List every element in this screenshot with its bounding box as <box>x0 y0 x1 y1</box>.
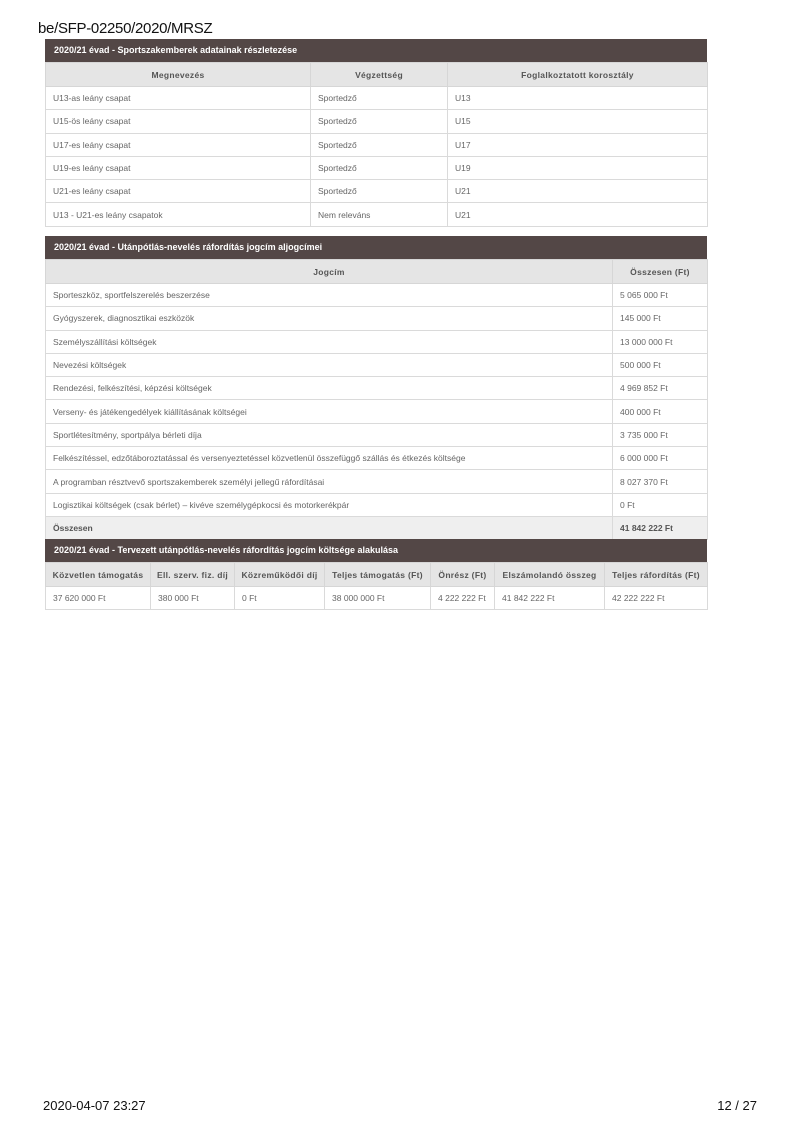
cell-qualification: Sportedző <box>311 180 448 203</box>
column-header: Foglalkoztatott korosztály <box>448 63 708 87</box>
table-row: U13-as leány csapat Sportedző U13 <box>46 87 708 110</box>
column-header: Önrész (Ft) <box>431 563 495 587</box>
table-row: Sporteszköz, sportfelszerelés beszerzése… <box>46 284 708 307</box>
column-header: Közreműködői díj <box>235 563 325 587</box>
cell-title: A programban résztvevő sportszakemberek … <box>46 470 613 493</box>
table-row: A programban résztvevő sportszakemberek … <box>46 470 708 493</box>
planned-cost-table: 2020/21 évad - Tervezett utánpótlás-neve… <box>45 539 707 610</box>
table-row: U21-es leány csapat Sportedző U21 <box>46 180 708 203</box>
cell-age-group: U21 <box>448 203 708 226</box>
page-number: 12 / 27 <box>717 1098 757 1113</box>
cell-title: Verseny- és játékengedélyek kiállításána… <box>46 400 613 423</box>
column-header: Jogcím <box>46 260 613 284</box>
table-title: 2020/21 évad - Sportszakemberek adataina… <box>45 39 707 62</box>
cell-audit-fee: 380 000 Ft <box>151 587 235 610</box>
cell-qualification: Sportedző <box>311 133 448 156</box>
column-header: Összesen (Ft) <box>613 260 708 284</box>
column-header: Teljes ráfordítás (Ft) <box>605 563 708 587</box>
cell-amount: 500 000 Ft <box>613 353 708 376</box>
table-row: 37 620 000 Ft 380 000 Ft 0 Ft 38 000 000… <box>46 587 708 610</box>
table-row: U17-es leány csapat Sportedző U17 <box>46 133 708 156</box>
cell-amount: 8 027 370 Ft <box>613 470 708 493</box>
column-header: Közvetlen támogatás <box>46 563 151 587</box>
cell-title: Logisztikai költségek (csak bérlet) – ki… <box>46 493 613 516</box>
cell-age-group: U17 <box>448 133 708 156</box>
table-row: Gyógyszerek, diagnosztikai eszközök145 0… <box>46 307 708 330</box>
cell-amount: 6 000 000 Ft <box>613 447 708 470</box>
cell-qualification: Nem releváns <box>311 203 448 226</box>
table-header-row: Megnevezés Végzettség Foglalkoztatott ko… <box>46 63 708 87</box>
cell-amount: 13 000 000 Ft <box>613 330 708 353</box>
table-row: Nevezési költségek500 000 Ft <box>46 353 708 376</box>
table-row: Logisztikai költségek (csak bérlet) – ki… <box>46 493 708 516</box>
cell-title: Sporteszköz, sportfelszerelés beszerzése <box>46 284 613 307</box>
table-row: Verseny- és játékengedélyek kiállításána… <box>46 400 708 423</box>
table-row: Rendezési, felkészítési, képzési költség… <box>46 377 708 400</box>
cell-name: U17-es leány csapat <box>46 133 311 156</box>
cell-intermediary-fee: 0 Ft <box>235 587 325 610</box>
cell-total-expenditure: 42 222 222 Ft <box>605 587 708 610</box>
column-header: Teljes támogatás (Ft) <box>325 563 431 587</box>
table-header-row: Jogcím Összesen (Ft) <box>46 260 708 284</box>
cell-title: Személyszállítási költségek <box>46 330 613 353</box>
table-row: Személyszállítási költségek13 000 000 Ft <box>46 330 708 353</box>
cell-title: Nevezési költségek <box>46 353 613 376</box>
sport-professionals-table: 2020/21 évad - Sportszakemberek adataina… <box>45 39 707 227</box>
cell-amount: 0 Ft <box>613 493 708 516</box>
cell-title: Sportlétesítmény, sportpálya bérleti díj… <box>46 423 613 446</box>
column-header: Elszámolandó összeg <box>495 563 605 587</box>
document-id: be/SFP-02250/2020/MRSZ <box>38 20 212 37</box>
table-header-row: Közvetlen támogatás Ell. szerv. fiz. díj… <box>46 563 708 587</box>
cell-age-group: U15 <box>448 110 708 133</box>
cell-name: U19-es leány csapat <box>46 156 311 179</box>
footer-timestamp: 2020-04-07 23:27 <box>43 1098 146 1113</box>
cell-name: U13 - U21-es leány csapatok <box>46 203 311 226</box>
column-header: Megnevezés <box>46 63 311 87</box>
cell-age-group: U21 <box>448 180 708 203</box>
table-row: Felkészítéssel, edzőtáboroztatással és v… <box>46 447 708 470</box>
cell-amount: 3 735 000 Ft <box>613 423 708 446</box>
cell-amount: 5 065 000 Ft <box>613 284 708 307</box>
cell-name: U21-es leány csapat <box>46 180 311 203</box>
cell-title: Gyógyszerek, diagnosztikai eszközök <box>46 307 613 330</box>
cell-name: U13-as leány csapat <box>46 87 311 110</box>
table-row: U19-es leány csapat Sportedző U19 <box>46 156 708 179</box>
cell-amount: 145 000 Ft <box>613 307 708 330</box>
cell-amount: 4 969 852 Ft <box>613 377 708 400</box>
cell-total-support: 38 000 000 Ft <box>325 587 431 610</box>
cell-age-group: U19 <box>448 156 708 179</box>
cell-title: Rendezési, felkészítési, képzési költség… <box>46 377 613 400</box>
cell-qualification: Sportedző <box>311 87 448 110</box>
table-row: U15-ös leány csapat Sportedző U15 <box>46 110 708 133</box>
table-row: U13 - U21-es leány csapatok Nem releváns… <box>46 203 708 226</box>
column-header: Végzettség <box>311 63 448 87</box>
total-row: Összesen 41 842 222 Ft <box>46 516 708 539</box>
cell-qualification: Sportedző <box>311 110 448 133</box>
cell-age-group: U13 <box>448 87 708 110</box>
cell-name: U15-ös leány csapat <box>46 110 311 133</box>
total-amount: 41 842 222 Ft <box>613 516 708 539</box>
total-label: Összesen <box>46 516 613 539</box>
cell-own-contribution: 4 222 222 Ft <box>431 587 495 610</box>
table-title: 2020/21 évad - Tervezett utánpótlás-neve… <box>45 539 707 562</box>
column-header: Ell. szerv. fiz. díj <box>151 563 235 587</box>
expense-subcategories-table: 2020/21 évad - Utánpótlás-nevelés ráford… <box>45 236 707 540</box>
table-row: Sportlétesítmény, sportpálya bérleti díj… <box>46 423 708 446</box>
cell-title: Felkészítéssel, edzőtáboroztatással és v… <box>46 447 613 470</box>
cell-qualification: Sportedző <box>311 156 448 179</box>
table-title: 2020/21 évad - Utánpótlás-nevelés ráford… <box>45 236 707 259</box>
cell-amount: 400 000 Ft <box>613 400 708 423</box>
cell-accountable-amount: 41 842 222 Ft <box>495 587 605 610</box>
cell-direct-support: 37 620 000 Ft <box>46 587 151 610</box>
